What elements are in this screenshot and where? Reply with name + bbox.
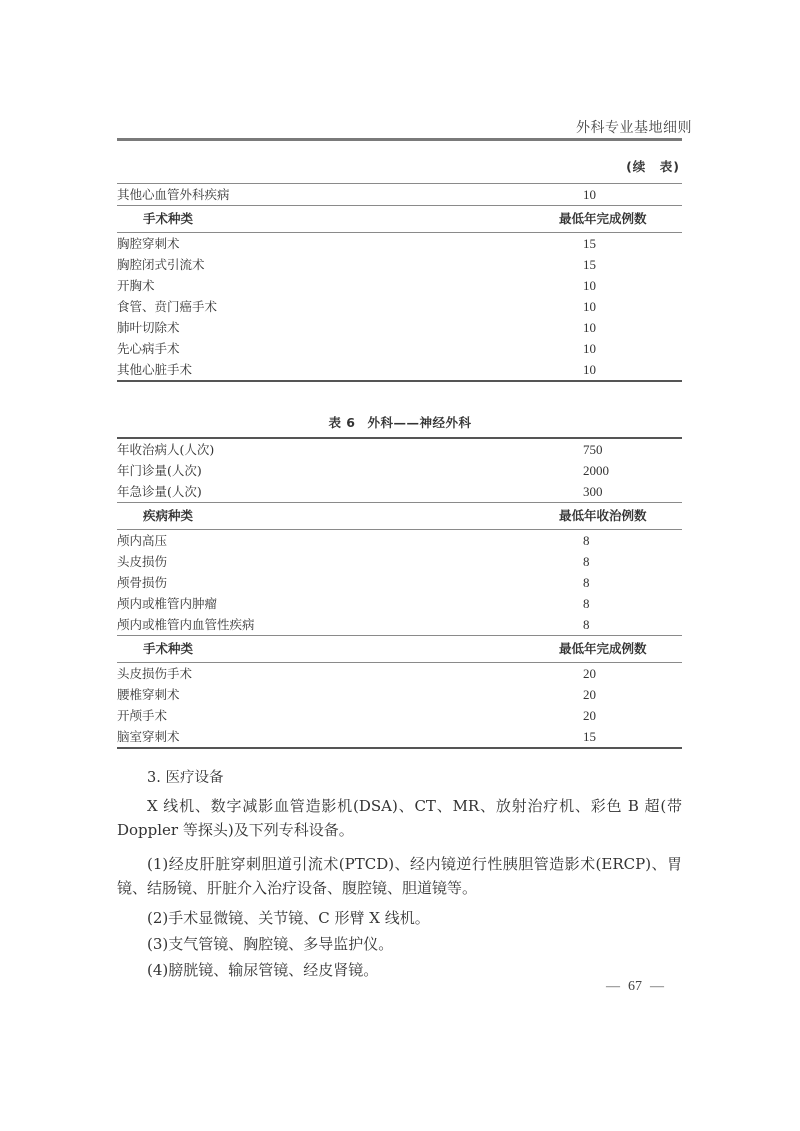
- stat-row: 年门诊量(人次)2000: [117, 460, 682, 481]
- stat-value: 2000: [483, 460, 682, 481]
- table6-caption: 表 6外科——神经外科: [0, 413, 800, 431]
- row-name: 先心病手术: [117, 338, 483, 359]
- surgery-value: 15: [483, 726, 682, 748]
- surgery-row: 开颅手术20: [117, 705, 682, 726]
- table-row: 食管、贲门癌手术10: [117, 296, 682, 317]
- row-value: 10: [483, 296, 682, 317]
- column-header-surgery-type: 手术种类: [117, 636, 483, 663]
- disease-row: 颅骨损伤8: [117, 572, 682, 593]
- stat-name: 年急诊量(人次): [117, 481, 483, 503]
- row-name: 其他心血管外科疾病: [117, 184, 483, 206]
- surgery-value: 20: [483, 684, 682, 705]
- page-dash-right: —: [650, 979, 664, 994]
- disease-value: 8: [483, 530, 682, 552]
- equipment-heading: 3. 医疗设备: [147, 766, 223, 787]
- surgery-row: 腰椎穿刺术20: [117, 684, 682, 705]
- row-value: 10: [483, 359, 682, 381]
- table-row: 开胸术10: [117, 275, 682, 296]
- row-name: 肺叶切除术: [117, 317, 483, 338]
- equipment-item-text: (1)经皮肝脏穿刺胆道引流术(PTCD)、经内镜逆行性胰胆管造影术(ERCP)、…: [117, 852, 682, 900]
- column-header-min-count: 最低年完成例数: [483, 636, 682, 663]
- header-rule: [117, 138, 682, 141]
- disease-value: 8: [483, 593, 682, 614]
- table-row: 肺叶切除术10: [117, 317, 682, 338]
- disease-value: 8: [483, 551, 682, 572]
- stat-name: 年门诊量(人次): [117, 460, 483, 481]
- page-number-value: 67: [628, 979, 642, 994]
- stat-name: 年收治病人(人次): [117, 438, 483, 460]
- table-row: 胸腔闭式引流术15: [117, 254, 682, 275]
- table-row: 胸腔穿刺术15: [117, 233, 682, 255]
- equipment-intro-text: X 线机、数字减影血管造影机(DSA)、CT、MR、放射治疗机、彩色 B 超(带…: [117, 794, 682, 842]
- equipment-item-text: (2)手术显微镜、关节镜、C 形臂 X 线机。: [147, 906, 712, 930]
- page-number: —67—: [598, 979, 672, 995]
- disease-name: 颅骨损伤: [117, 572, 483, 593]
- column-header-min-admissions: 最低年收治例数: [483, 503, 682, 530]
- stat-row: 年收治病人(人次)750: [117, 438, 682, 460]
- disease-name: 颅内或椎管内血管性疾病: [117, 614, 483, 636]
- row-value: 10: [483, 184, 682, 206]
- equipment-item-2: (2)手术显微镜、关节镜、C 形臂 X 线机。: [147, 906, 712, 930]
- row-name: 开胸术: [117, 275, 483, 296]
- equipment-item-1: (1)经皮肝脏穿刺胆道引流术(PTCD)、经内镜逆行性胰胆管造影术(ERCP)、…: [117, 852, 682, 900]
- surgery-name: 脑室穿刺术: [117, 726, 483, 748]
- equipment-item-text: (3)支气管镜、胸腔镜、多导监护仪。: [147, 932, 712, 956]
- surgery-value: 20: [483, 705, 682, 726]
- surgery-header-row: 手术种类 最低年完成例数: [117, 636, 682, 663]
- table-header-row: 手术种类 最低年完成例数: [117, 206, 682, 233]
- surgery-name: 头皮损伤手术: [117, 663, 483, 685]
- disease-value: 8: [483, 614, 682, 636]
- surgery-value: 20: [483, 663, 682, 685]
- row-value: 15: [483, 233, 682, 255]
- surgery-row: 脑室穿刺术15: [117, 726, 682, 748]
- row-name: 食管、贲门癌手术: [117, 296, 483, 317]
- stat-value: 300: [483, 481, 682, 503]
- table6-number: 表 6: [328, 415, 355, 430]
- stat-row: 年急诊量(人次)300: [117, 481, 682, 503]
- equipment-intro: X 线机、数字减影血管造影机(DSA)、CT、MR、放射治疗机、彩色 B 超(带…: [117, 794, 682, 842]
- column-header-min-count: 最低年完成例数: [483, 206, 682, 233]
- equipment-item-3: (3)支气管镜、胸腔镜、多导监护仪。: [147, 932, 712, 956]
- row-value: 10: [483, 338, 682, 359]
- stat-value: 750: [483, 438, 682, 460]
- row-name: 胸腔闭式引流术: [117, 254, 483, 275]
- table-row: 其他心脏手术10: [117, 359, 682, 381]
- running-head-title: 外科专业基地细则: [576, 117, 692, 137]
- surgery-row: 头皮损伤手术20: [117, 663, 682, 685]
- page-dash-left: —: [606, 979, 620, 994]
- table6-title: 外科——神经外科: [368, 415, 472, 430]
- disease-header-row: 疾病种类 最低年收治例数: [117, 503, 682, 530]
- row-name: 其他心脏手术: [117, 359, 483, 381]
- disease-row: 颅内或椎管内血管性疾病8: [117, 614, 682, 636]
- column-header-surgery-type: 手术种类: [117, 206, 483, 233]
- disease-name: 头皮损伤: [117, 551, 483, 572]
- row-value: 10: [483, 275, 682, 296]
- continued-table: 其他心血管外科疾病 10 手术种类 最低年完成例数 胸腔穿刺术15 胸腔闭式引流…: [117, 183, 682, 382]
- disease-name: 颅内高压: [117, 530, 483, 552]
- surgery-name: 开颅手术: [117, 705, 483, 726]
- row-value: 10: [483, 317, 682, 338]
- surgery-name: 腰椎穿刺术: [117, 684, 483, 705]
- table-row: 先心病手术10: [117, 338, 682, 359]
- column-header-disease-type: 疾病种类: [117, 503, 483, 530]
- disease-row: 颅内高压8: [117, 530, 682, 552]
- disease-value: 8: [483, 572, 682, 593]
- disease-row: 颅内或椎管内肿瘤8: [117, 593, 682, 614]
- continued-label: (续 表): [626, 157, 680, 175]
- disease-name: 颅内或椎管内肿瘤: [117, 593, 483, 614]
- table6-neurosurgery: 年收治病人(人次)750 年门诊量(人次)2000 年急诊量(人次)300 疾病…: [117, 437, 682, 749]
- row-name: 胸腔穿刺术: [117, 233, 483, 255]
- row-value: 15: [483, 254, 682, 275]
- table-row: 其他心血管外科疾病 10: [117, 184, 682, 206]
- disease-row: 头皮损伤8: [117, 551, 682, 572]
